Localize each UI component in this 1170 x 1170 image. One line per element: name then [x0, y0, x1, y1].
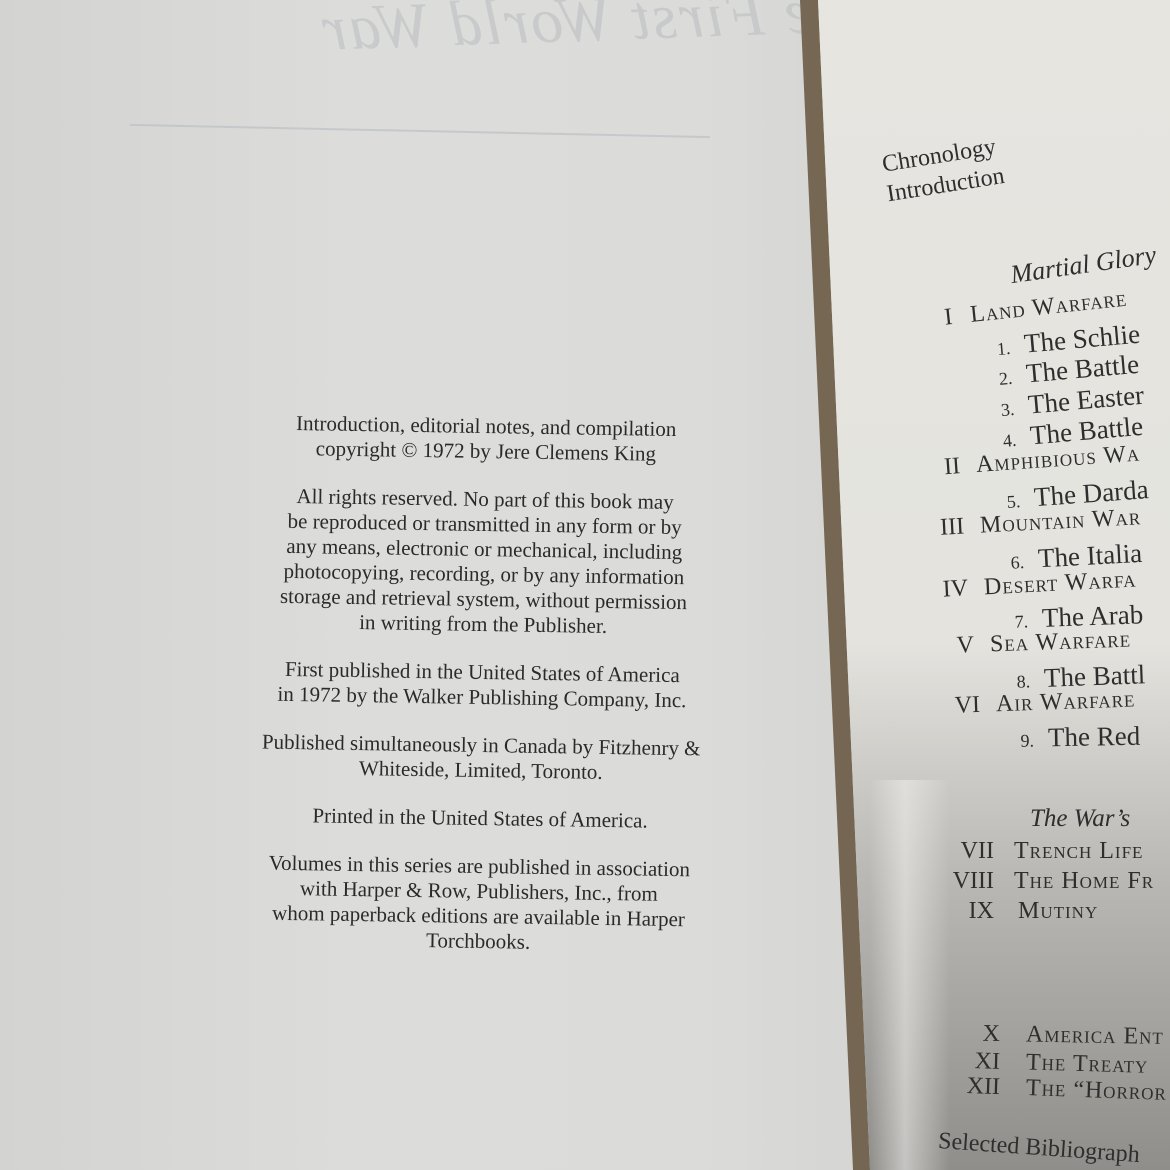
- printed-in: Printed in the United States of America.: [220, 802, 740, 835]
- section-row: X America Ent: [940, 1020, 1164, 1051]
- section-numeral: VII: [928, 838, 994, 865]
- section-title: The Home Fr: [1014, 868, 1154, 894]
- series-note: Volumes in this series are published in …: [218, 850, 740, 958]
- section-title: Mutiny: [1018, 898, 1098, 924]
- canada-publisher: Published simultaneously in Canada by Fi…: [221, 729, 742, 787]
- section-title: The Treaty: [1026, 1050, 1149, 1079]
- section-title: Trench Life: [1014, 838, 1143, 864]
- section-numeral: VI: [930, 692, 981, 721]
- section-row: VII Trench Life: [928, 838, 1143, 865]
- section-numeral: V: [930, 632, 975, 661]
- chapter-title: The Red: [1048, 721, 1141, 753]
- section-numeral: II: [925, 453, 961, 482]
- bleed-through-rule: [130, 124, 710, 138]
- section-title: The “Horror: [1026, 1075, 1168, 1106]
- chapter-row: 9.The Red: [994, 721, 1141, 755]
- copyright-notice: Introduction, editorial notes, and compi…: [218, 410, 747, 981]
- section-numeral: X: [940, 1020, 1000, 1048]
- section-row: VIII The Home Fr: [922, 868, 1154, 895]
- chapter-number: 3.: [974, 399, 1016, 423]
- chapter-number: 1.: [970, 338, 1012, 362]
- section-numeral: VIII: [922, 868, 994, 895]
- section-title: America Ent: [1026, 1022, 1164, 1050]
- section-numeral: IV: [923, 575, 968, 604]
- chapter-number: 9.: [994, 731, 1034, 753]
- section-numeral: III: [919, 514, 964, 543]
- copyright-line: Introduction, editorial notes, and compi…: [226, 410, 747, 468]
- rights-reserved: All rights reserved. No part of this boo…: [223, 483, 745, 641]
- section-title: Air Warfare: [996, 686, 1136, 717]
- section-numeral: I: [927, 304, 954, 333]
- section-numeral: IX: [928, 898, 994, 925]
- chapter-number: 2.: [972, 368, 1014, 392]
- first-published: First published in the United States of …: [222, 656, 743, 714]
- section-title: Sea Warfare: [990, 627, 1132, 658]
- section-row: IX Mutiny: [928, 898, 1098, 925]
- part-two-title: The War’s: [1030, 805, 1130, 833]
- section-numeral: XII: [940, 1072, 1001, 1101]
